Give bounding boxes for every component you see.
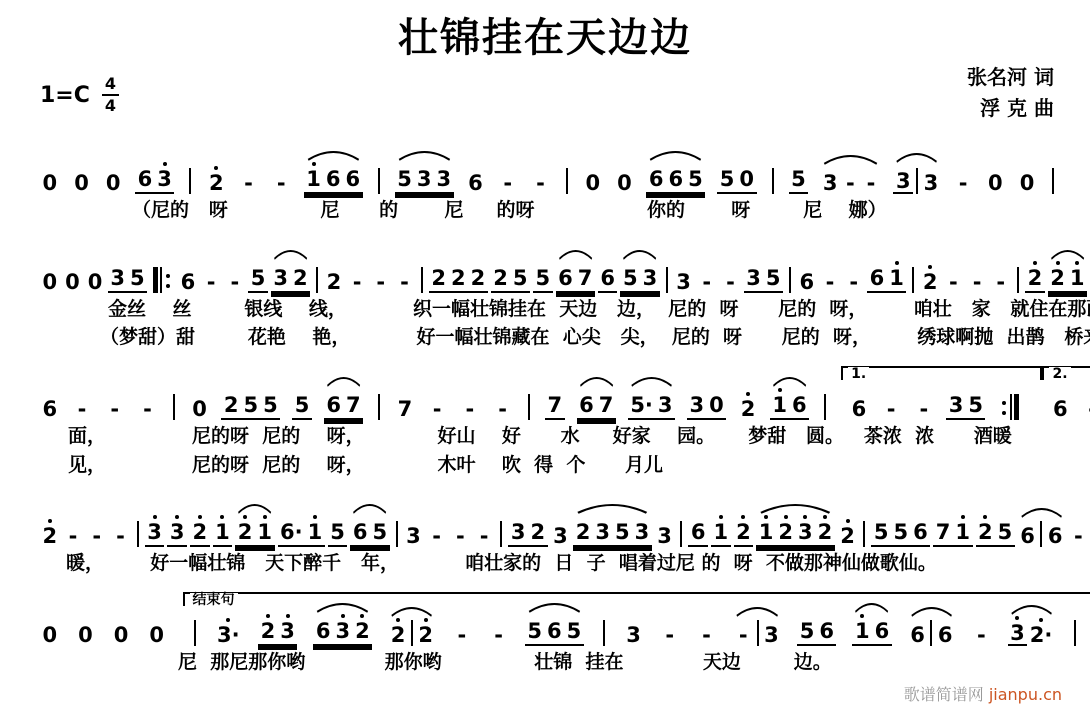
note-group-slurred: 665 xyxy=(646,162,705,194)
note-group: 7 xyxy=(395,392,415,420)
note: 6 xyxy=(849,392,869,420)
note: 2 xyxy=(206,166,226,194)
note: 3 xyxy=(108,261,128,289)
octave-dot xyxy=(1039,618,1043,622)
note-group: 3 xyxy=(404,519,424,547)
note: 1 xyxy=(304,162,324,190)
lyrics-row: （梦甜）甜 花艳 艳， 好一幅壮锦藏在 心尖 尖， 尼的 呀 尼的 呀， 绣球啊… xyxy=(100,325,1060,350)
note-group: - xyxy=(394,265,415,293)
octave-dot xyxy=(198,515,202,519)
score-line-5: 0000结束句3·2363222--5653---3561666-32·2-16… xyxy=(40,592,1060,675)
rest-note: 0 xyxy=(1017,166,1037,194)
note: 2 xyxy=(324,265,344,293)
barline xyxy=(1037,521,1045,547)
note: 2 xyxy=(235,515,255,543)
note-digit: 3 xyxy=(657,526,672,547)
note: 3 xyxy=(434,162,454,190)
note-group: 0 xyxy=(111,618,131,646)
note: 5 xyxy=(613,515,633,543)
octave-dot xyxy=(341,614,345,618)
note: 1 xyxy=(305,515,325,543)
note: 2 xyxy=(738,392,758,420)
octave-dot xyxy=(243,515,247,519)
note-digit: 2 xyxy=(576,522,591,543)
note: 5 xyxy=(292,388,312,416)
note: 2 xyxy=(573,515,593,543)
note-digit: 2 xyxy=(293,268,308,289)
note: 3 xyxy=(145,515,165,543)
note-group: 3 xyxy=(674,265,694,293)
note-group: 5 xyxy=(292,388,312,420)
note: 5 xyxy=(128,261,148,289)
note-group: 0 xyxy=(103,166,123,194)
note-group: 0 xyxy=(40,618,60,646)
music-row: 000632--1665336--006655053--33-00 xyxy=(40,140,1060,194)
barline-stroke xyxy=(194,620,196,646)
note-group xyxy=(393,521,401,547)
note: 2 xyxy=(258,614,278,642)
note-digit: - xyxy=(849,272,858,293)
note-group xyxy=(134,521,142,547)
octave-dot xyxy=(1056,261,1060,265)
note: 2 xyxy=(429,261,449,289)
slur-arc xyxy=(622,248,657,260)
note-digit: 1 xyxy=(308,522,323,543)
note-digit: - xyxy=(1074,526,1083,547)
note-group xyxy=(497,521,505,547)
watermark-link[interactable]: jianpu.cn xyxy=(989,685,1062,704)
note-digit: - xyxy=(456,526,465,547)
note-digit: 0 xyxy=(192,399,207,420)
rest-note: 0 xyxy=(40,166,60,194)
note-group xyxy=(860,521,868,547)
note: 3 xyxy=(762,618,782,646)
ending-label: 1. xyxy=(848,367,869,381)
slur-arc xyxy=(579,375,614,387)
note-digit: 0 xyxy=(43,625,58,646)
note-digit: 5 xyxy=(295,395,310,416)
octave-dot xyxy=(746,392,750,396)
note-digit: - xyxy=(973,272,982,293)
note-digit: 3 xyxy=(949,395,964,416)
rest-note: 0 xyxy=(103,166,123,194)
barline-stroke xyxy=(757,620,759,646)
rest-note: 0 xyxy=(85,265,105,293)
note-group: 2 xyxy=(920,265,940,293)
duration-dash: - xyxy=(492,392,513,420)
note-digit: - xyxy=(353,272,362,293)
note-digit: - xyxy=(726,272,735,293)
repeat-dots xyxy=(166,269,170,293)
barline-stroke xyxy=(1040,521,1042,547)
note-digit: 2 xyxy=(741,399,756,420)
note-digit: 0 xyxy=(709,395,724,416)
note-digit: 3 xyxy=(635,522,650,543)
note: 5 xyxy=(248,261,268,289)
note: 6 xyxy=(935,618,955,646)
note-group: 0 xyxy=(583,166,603,194)
note-digit: 6 xyxy=(316,621,331,642)
note-group: 0 xyxy=(85,265,105,293)
note-digit: 6 xyxy=(547,621,562,642)
note-digit: 2 xyxy=(327,272,342,293)
note: 6 xyxy=(135,162,155,190)
duration-dash: - xyxy=(1082,392,1090,420)
barline xyxy=(563,168,571,194)
note: 5 xyxy=(395,162,415,190)
note-group-slurred: 32 xyxy=(271,261,310,293)
slur-arc xyxy=(326,375,361,387)
note-group: - xyxy=(943,265,964,293)
note-group: 2 xyxy=(738,392,758,420)
note: 7 xyxy=(575,261,595,289)
note-group: 56 xyxy=(797,614,836,646)
note-digit: 2 xyxy=(43,526,58,547)
rest-note: 0 xyxy=(986,166,1006,194)
note-digit: 5 xyxy=(397,169,412,190)
note: 6 xyxy=(324,388,344,416)
barline xyxy=(860,521,868,547)
note-group: 35 xyxy=(108,261,147,293)
note: 5 xyxy=(564,614,584,642)
key-label: 1=C xyxy=(40,83,90,108)
note-group: 6 xyxy=(1050,392,1070,420)
note-digit: 3 xyxy=(658,395,673,416)
note-group-slurred: 67 xyxy=(577,388,616,420)
note-digit: - xyxy=(959,173,968,194)
note: 3 xyxy=(893,164,913,194)
note: 3 xyxy=(624,618,644,646)
note-digit: - xyxy=(69,526,78,547)
note: 5 xyxy=(261,388,281,416)
barline-stroke xyxy=(1074,620,1076,646)
note-digit: - xyxy=(739,625,748,646)
note-digit: 6 xyxy=(668,169,683,190)
duration-dash: - xyxy=(104,392,125,420)
duration-dash: - xyxy=(451,618,472,646)
octave-dot xyxy=(741,515,745,519)
note-digit: - xyxy=(503,173,512,194)
note-group: 3 xyxy=(624,618,644,646)
lyrics-row: 面， 尼的呀 尼的 呀， 好山 好 水 好家 园。 梦甜 圆。 茶浓 浓 酒暖 xyxy=(68,424,1060,449)
barline xyxy=(786,267,794,293)
note-group: - xyxy=(659,618,680,646)
note-group: - xyxy=(881,392,902,420)
note-group: 3 xyxy=(551,519,571,547)
note: 7 xyxy=(395,392,415,420)
note-digit: 5 xyxy=(527,621,542,642)
note: 5 xyxy=(995,515,1015,543)
note: 6· xyxy=(278,515,306,543)
duration-dash: - xyxy=(427,392,448,420)
note-digit: 6 xyxy=(138,169,153,190)
note: 5 xyxy=(241,388,261,416)
note-group: 2 xyxy=(734,515,754,547)
note-group-slurred: 1232 xyxy=(756,515,835,547)
note: 6 xyxy=(646,162,666,190)
note-digit: 6 xyxy=(43,399,58,420)
note: 5 xyxy=(510,261,530,289)
note-digit: 6 xyxy=(1053,399,1068,420)
note: 5 xyxy=(797,614,817,642)
note-group: - xyxy=(451,618,472,646)
note-digit: 6 xyxy=(910,625,925,646)
barline-stroke xyxy=(378,168,380,194)
barline xyxy=(408,620,416,646)
note-digit: 5 xyxy=(615,522,630,543)
barline xyxy=(1049,168,1057,194)
note: 6 xyxy=(1018,519,1038,547)
octave-dot xyxy=(764,515,768,519)
note-digit: 6 xyxy=(579,395,594,416)
note-digit: 2 xyxy=(471,268,486,289)
duration-dash: - xyxy=(110,519,131,547)
note: 2 xyxy=(448,261,468,289)
note-digit: 6 xyxy=(558,268,573,289)
note: 5 xyxy=(891,515,911,543)
barline-stroke xyxy=(1052,168,1054,194)
note-digit: 6 xyxy=(800,272,815,293)
note-digit: - xyxy=(536,173,545,194)
slur-arc xyxy=(1020,506,1063,518)
note: 3 xyxy=(551,519,571,547)
note-digit: - xyxy=(376,272,385,293)
octave-dot xyxy=(360,614,364,618)
note-digit: 7 xyxy=(599,395,614,416)
note-digit: 0 xyxy=(1020,173,1035,194)
note: 6 xyxy=(313,614,333,642)
note-group: 32 xyxy=(508,515,547,547)
note-group xyxy=(170,394,178,420)
note-group: - xyxy=(971,618,992,646)
note: 2 xyxy=(528,515,548,543)
meter-denominator: 4 xyxy=(105,96,116,114)
note-digit: 0 xyxy=(43,272,58,293)
note: 3 xyxy=(632,515,652,543)
note-group xyxy=(525,394,533,420)
octave-dot xyxy=(1015,616,1019,620)
note: 6 xyxy=(323,162,343,190)
note-digit: 6 xyxy=(600,268,615,289)
note-digit: 6 xyxy=(819,621,834,642)
note-group: - xyxy=(696,618,717,646)
note-digit: 3 xyxy=(511,522,526,543)
note: 2 xyxy=(416,618,436,646)
note-group: 1 xyxy=(711,515,731,547)
note: 6 xyxy=(178,265,198,293)
note-group: 3 xyxy=(655,519,675,547)
note-digit: 5 xyxy=(623,268,638,289)
ending-bracket: 2.6--633--62 xyxy=(1042,388,1090,420)
duration-dash: - xyxy=(953,166,974,194)
note-group: 25 xyxy=(976,515,1015,547)
note-digit: - xyxy=(277,173,286,194)
note-digit: 3 xyxy=(676,272,691,293)
note-digit: 2 xyxy=(355,621,370,642)
note: 1 xyxy=(852,614,872,642)
barline-stroke xyxy=(566,168,568,194)
note: 6 xyxy=(666,162,686,190)
octave-dot xyxy=(396,618,400,622)
note-group: 23 xyxy=(258,614,297,646)
note-group-slurred: 66 xyxy=(908,618,955,646)
note-digit: 5 xyxy=(244,395,259,416)
barline-stroke xyxy=(173,394,175,420)
barline xyxy=(134,521,142,547)
note-group: 71 xyxy=(933,515,972,547)
note-digit: 3 xyxy=(406,526,421,547)
note: 6 xyxy=(40,392,60,420)
note-digit: 0 xyxy=(149,625,164,646)
barline-stroke xyxy=(160,267,162,293)
note-digit: 1 xyxy=(759,522,774,543)
barline-stroke xyxy=(824,394,826,420)
duration-dash: - xyxy=(201,265,222,293)
note-digit: 6 xyxy=(1020,526,1035,547)
note-digit: 2 xyxy=(261,621,276,642)
slur-arc xyxy=(822,153,879,165)
note-digit: 1 xyxy=(1070,268,1085,289)
note: 2 xyxy=(838,519,858,547)
barline-stroke xyxy=(863,521,865,547)
note-group-slurred: 565 xyxy=(525,614,584,646)
note-group xyxy=(375,168,383,194)
note: 5 xyxy=(871,515,891,543)
slur-arc xyxy=(910,605,953,617)
note-digit: - xyxy=(244,173,253,194)
note-digit: 5 xyxy=(766,268,781,289)
note-group: - xyxy=(347,265,368,293)
note-digit: 1 xyxy=(215,522,230,543)
note-group xyxy=(191,620,199,646)
note-digit: 0 xyxy=(739,169,754,190)
note-digit: - xyxy=(665,625,674,646)
note-digit: 0 xyxy=(114,625,129,646)
barline xyxy=(418,267,426,293)
octave-dot xyxy=(784,515,788,519)
note-group: 1 xyxy=(213,515,233,547)
lyrics-row: 暖， 好一幅壮锦 天下醉千 年， 咱壮家的 日 子 唱着过尼 的 呀 不做那神仙… xyxy=(66,551,1060,576)
note-digit: 6 xyxy=(938,625,953,646)
ending-bracket: 1.6--35 xyxy=(841,388,1042,420)
slur-arc xyxy=(1010,603,1053,615)
note-group: - xyxy=(137,392,158,420)
note-group: - xyxy=(474,519,495,547)
slur-arc xyxy=(397,149,452,161)
note: 6 xyxy=(867,261,887,289)
note: 3 xyxy=(687,388,707,416)
note: 1 xyxy=(756,515,776,543)
note-digit: - xyxy=(920,399,929,420)
note-group: 2 xyxy=(1025,261,1045,293)
octave-dot xyxy=(313,515,317,519)
note-group xyxy=(1049,168,1057,194)
note-digit: - xyxy=(466,399,475,420)
note-group-slurred: 65 xyxy=(350,515,389,547)
note-digit: 3 xyxy=(157,169,172,190)
barline xyxy=(186,168,194,194)
note: 7 xyxy=(933,515,953,543)
score-line-2: 000356--5322---222255676533--356--612---… xyxy=(40,239,1060,350)
score-line-4: 2---3321216·15653---32323533612123225567… xyxy=(40,493,1060,576)
note: 7 xyxy=(596,388,616,416)
note: 2 xyxy=(40,519,60,547)
note-group: 61 xyxy=(867,261,906,293)
note-group xyxy=(375,394,383,420)
note-group: 0 xyxy=(1017,166,1037,194)
note-group: - xyxy=(820,265,841,293)
barline xyxy=(663,267,671,293)
duration-dash: - xyxy=(843,265,864,293)
slur-arc xyxy=(772,375,807,387)
note-digit: 7 xyxy=(936,522,951,543)
note: 3 xyxy=(796,515,816,543)
note-digit: - xyxy=(207,272,216,293)
octave-dot xyxy=(266,614,270,618)
slur-arc xyxy=(758,502,833,514)
note-digit: 5 xyxy=(130,268,145,289)
note-group-slurred: 22 xyxy=(388,618,435,646)
barline xyxy=(1071,620,1079,646)
note-digit: 5 xyxy=(968,395,983,416)
note-digit: - xyxy=(143,399,152,420)
note-digit: 5 xyxy=(791,169,806,190)
note-group: - xyxy=(86,519,107,547)
slur-arc xyxy=(1050,248,1085,260)
note-digit: 5 xyxy=(251,268,266,289)
note-digit: 3 xyxy=(896,171,911,192)
note-group-slurred: 3-- xyxy=(820,166,881,194)
note: 5 xyxy=(370,515,390,543)
note-digit: 5 xyxy=(894,522,909,543)
note-digit: - xyxy=(826,272,835,293)
note: 3 xyxy=(744,261,764,289)
duration-dash: - xyxy=(394,265,415,293)
note-group: 6 xyxy=(40,392,60,420)
note-digit: 2 xyxy=(531,522,546,543)
barline-stroke xyxy=(772,168,774,194)
music-row: 0000结束句3·2363222--5653---3561666-32·2-16… xyxy=(40,592,1060,646)
note: 7 xyxy=(344,388,364,416)
note: 3 xyxy=(655,519,675,547)
rest-note: 0 xyxy=(190,392,210,420)
duration-dash: - xyxy=(530,166,551,194)
note-digit: 2 xyxy=(391,625,406,646)
duration-dash: - xyxy=(1068,519,1089,547)
octave-dot xyxy=(226,618,230,622)
note-group: 50 xyxy=(717,162,756,194)
duration-dash: - xyxy=(460,392,481,420)
note: 6 xyxy=(350,515,370,543)
note-group: - xyxy=(238,166,259,194)
note-group: - xyxy=(1068,519,1089,547)
slur-arc xyxy=(648,149,703,161)
note-group: - xyxy=(720,265,741,293)
note-digit: - xyxy=(110,399,119,420)
duration-dash: - xyxy=(720,265,741,293)
slur-arc xyxy=(306,149,361,161)
octave-dot xyxy=(312,162,316,166)
note-digit: 2 xyxy=(224,395,239,416)
duration-dash: - xyxy=(943,265,964,293)
note: 3 xyxy=(333,614,353,642)
score-line-1: 000632--1665336--006655053--33-00（尼的 呀 尼… xyxy=(40,140,1060,223)
note-digit: 5 xyxy=(688,169,703,190)
note-group: - xyxy=(224,265,245,293)
barline xyxy=(375,168,383,194)
repeat-dot xyxy=(1002,411,1006,415)
note-digit: 6· xyxy=(280,522,303,543)
